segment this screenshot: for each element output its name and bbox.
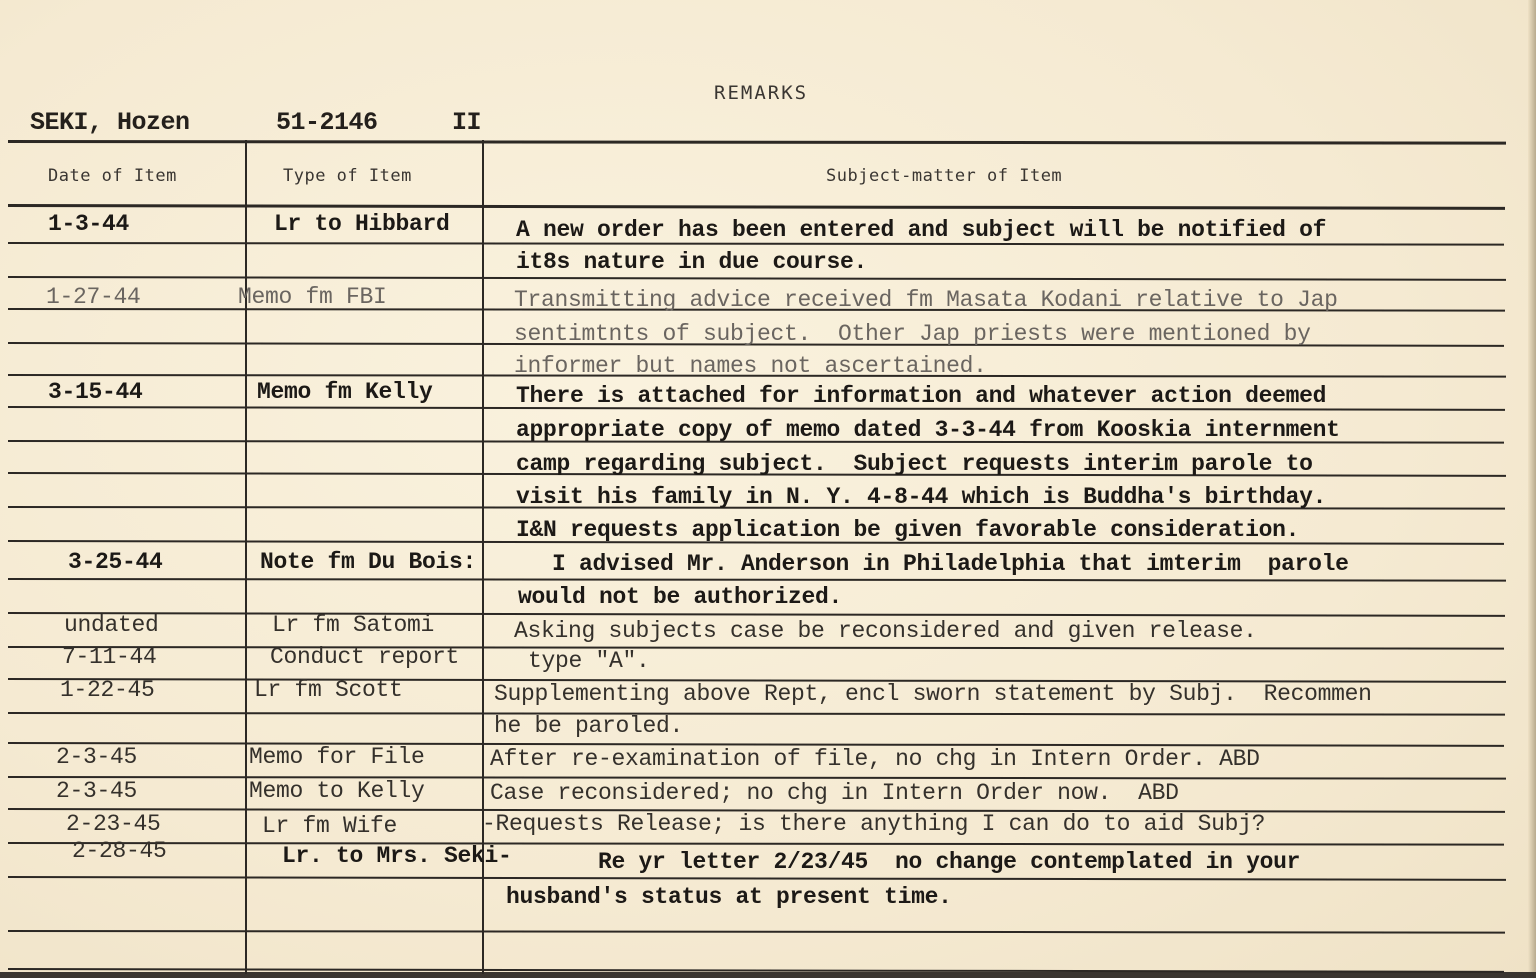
entry-line: appropriate copy of memo dated 3-3-44 fr…	[516, 417, 1340, 443]
ruled-line	[8, 276, 1506, 281]
ruled-line	[8, 712, 1505, 716]
entry-line: After re-examination of file, no chg in …	[490, 746, 1260, 772]
entry-type: Memo to Kelly	[249, 778, 425, 804]
entry-type: Note fm Du Bois:	[260, 549, 476, 575]
entry-date: 1-22-45	[60, 677, 155, 703]
ruled-line	[8, 876, 1506, 881]
entry-line: Transmitting advice received fm Masata K…	[514, 287, 1338, 313]
ruled-line	[8, 612, 1505, 617]
ruled-line	[8, 204, 1505, 210]
subject-name: SEKI, Hozen	[30, 108, 190, 137]
entry-line: I advised Mr. Anderson in Philadelphia t…	[552, 551, 1349, 577]
entry-type: Memo fm FBI	[238, 284, 387, 310]
column-header-type: Type of Item	[283, 166, 412, 186]
entry-line: type "A".	[528, 648, 650, 674]
ruled-line	[8, 140, 1506, 145]
entry-line: -Requests Release; is there anything I c…	[482, 811, 1265, 837]
column-header-subject: Subject-matter of Item	[826, 166, 1062, 186]
entry-line: I&N requests application be given favora…	[516, 517, 1299, 543]
entry-line: Asking subjects case be reconsidered and…	[514, 618, 1257, 644]
ruled-line	[8, 930, 1505, 934]
entry-line: camp regarding subject. Subject requests…	[516, 451, 1313, 477]
entry-type: Conduct report	[270, 644, 459, 670]
entry-date: 1-3-44	[48, 211, 129, 237]
entry-line: he be paroled.	[494, 713, 683, 739]
entry-line: A new order has been entered and subject…	[516, 217, 1326, 243]
entry-date: 2-3-45	[56, 744, 137, 770]
entry-line: it8s nature in due course.	[516, 249, 867, 275]
entry-type: Lr to Hibbard	[274, 211, 450, 237]
entry-type: Lr. to Mrs. Seki-	[282, 843, 512, 869]
entry-type: Memo fm Kelly	[257, 379, 433, 405]
card-title: REMARKS	[714, 82, 808, 104]
ruled-line	[8, 842, 1504, 846]
column-divider-date	[245, 140, 247, 974]
entry-type: Lr fm Wife	[262, 813, 397, 839]
column-header-date: Date of Item	[48, 166, 177, 186]
entry-line: husband's status at present time.	[506, 884, 952, 910]
entry-date: 3-15-44	[48, 379, 143, 405]
entry-line: Re yr letter 2/23/45 no change contempla…	[598, 849, 1300, 875]
entry-date: 2-28-45	[72, 838, 167, 864]
entry-date: 7-11-44	[62, 644, 157, 670]
entry-line: sentimtnts of subject. Other Jap priests…	[514, 321, 1311, 347]
entry-line: would not be authorized.	[518, 584, 842, 610]
entry-date: 1-27-44	[46, 284, 141, 310]
entry-line: Supplementing above Rept, encl sworn sta…	[494, 681, 1372, 707]
entry-type: Memo for File	[249, 744, 425, 770]
entry-date: 2-23-45	[66, 811, 161, 837]
entry-date: 3-25-44	[68, 549, 163, 575]
entry-line: Case reconsidered; no chg in Intern Orde…	[490, 780, 1179, 806]
ruled-line	[8, 578, 1506, 582]
card-edge	[1528, 0, 1536, 978]
entry-line: informer but names not ascertained.	[514, 353, 987, 379]
entry-date: undated	[64, 612, 159, 638]
ruled-line	[8, 646, 1504, 650]
section-number: II	[452, 108, 481, 137]
entry-type: Lr fm Scott	[254, 677, 403, 703]
entry-type: Lr fm Satomi	[272, 612, 434, 638]
entry-line: visit his family in N. Y. 4-8-44 which i…	[516, 484, 1326, 510]
index-card: REMARKS SEKI, Hozen 51-2146 II Date of I…	[0, 0, 1536, 978]
case-number: 51-2146	[276, 108, 378, 137]
card-edge-bottom	[0, 972, 1536, 978]
entry-date: 2-3-45	[56, 778, 137, 804]
entry-line: There is attached for information and wh…	[516, 383, 1326, 409]
